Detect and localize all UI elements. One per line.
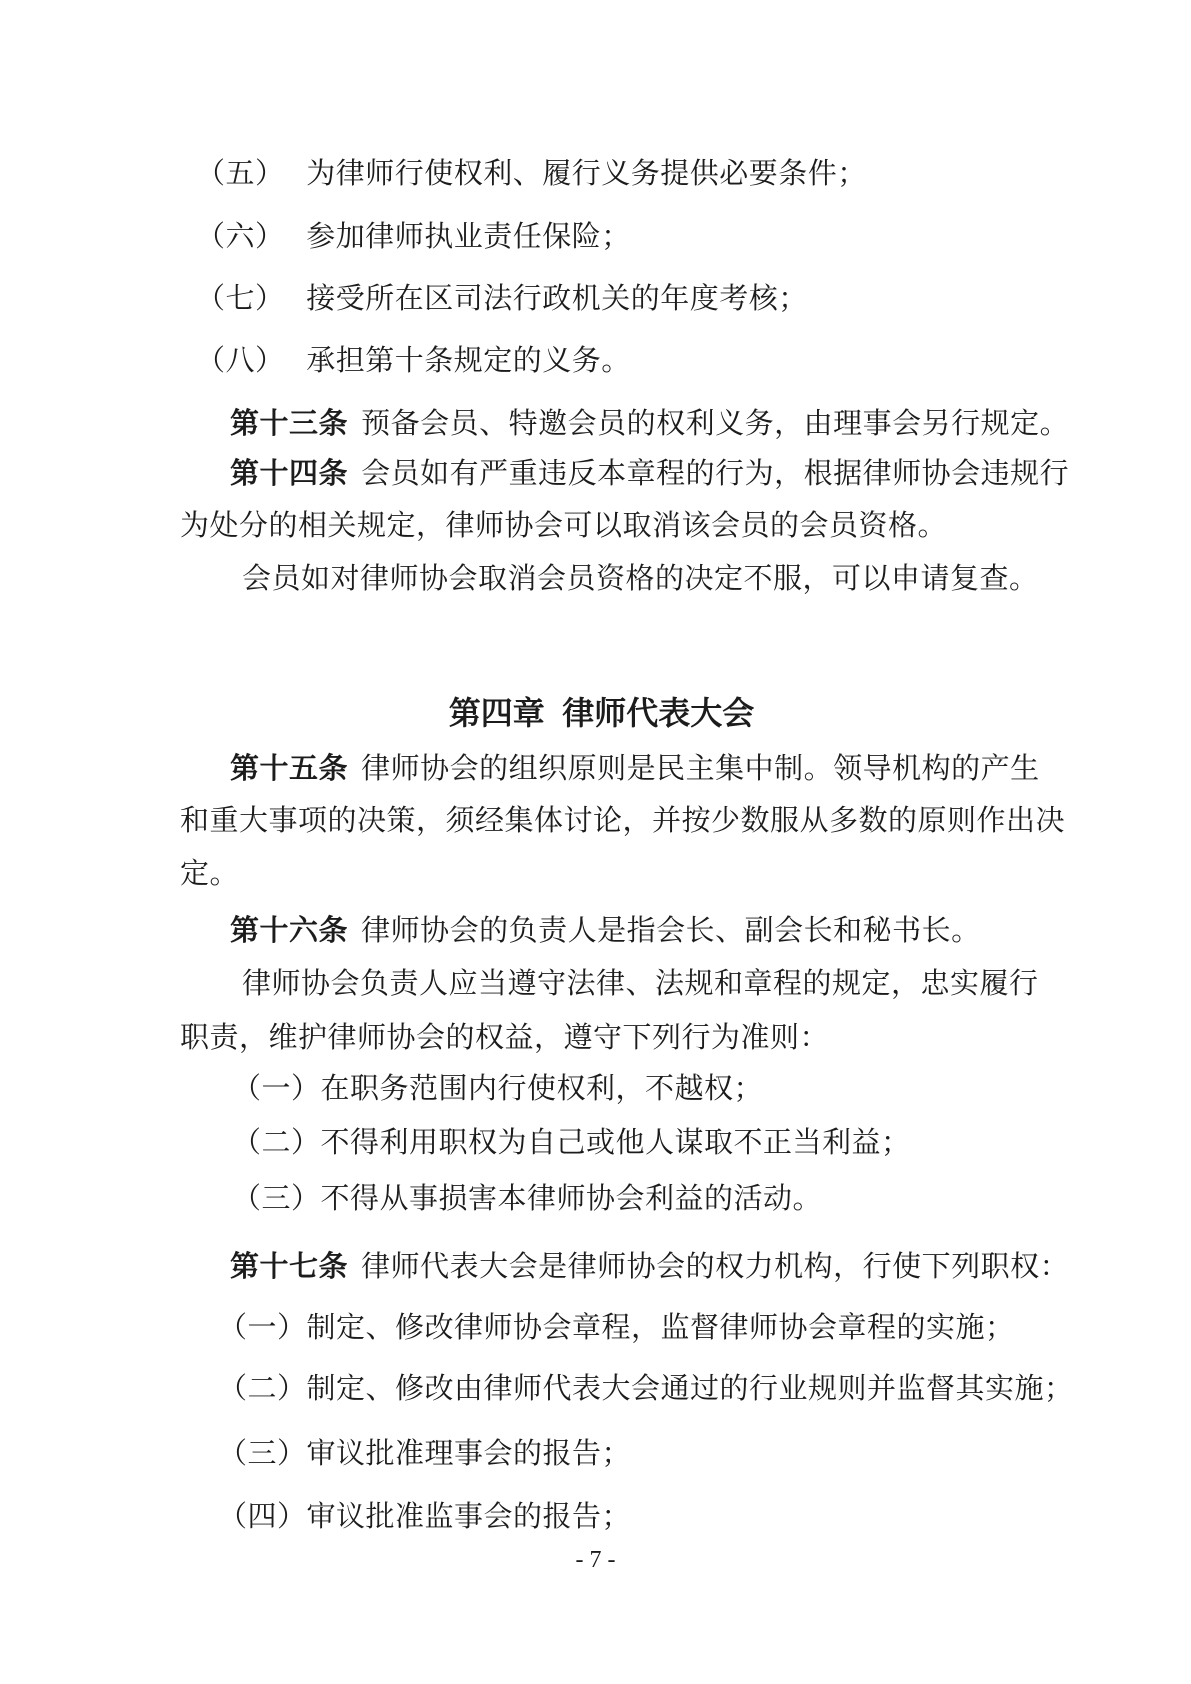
conduct-rule-2: （二）不得利用职权为自己或他人谋取不正当利益； xyxy=(180,1126,1023,1161)
article-text: 律师协会的负责人是指会长、副会长和秘书长。 xyxy=(361,915,981,947)
list-item-6: （六）参加律师执业责任保险； xyxy=(180,220,1023,255)
article-16: 第十六条律师协会的负责人是指会长、副会长和秘书长。 xyxy=(180,914,1023,949)
article-number: 第十五条 xyxy=(230,753,348,785)
article-text: 会员如有严重违反本章程的行为，根据律师协会违规行 xyxy=(361,458,1069,490)
list-item-8: （八）承担第十条规定的义务。 xyxy=(180,344,1023,379)
article-14: 第十四条会员如有严重违反本章程的行为，根据律师协会违规行 xyxy=(180,457,1023,492)
power-item-1: （一）制定、修改律师协会章程，监督律师协会章程的实施； xyxy=(180,1311,1023,1346)
article-13: 第十三条预备会员、特邀会员的权利义务，由理事会另行规定。 xyxy=(180,407,1023,442)
article-number: 第十七条 xyxy=(230,1251,348,1283)
article-16-paragraph-2: 律师协会负责人应当遵守法律、法规和章程的规定，忠实履行 xyxy=(180,967,1023,1002)
article-text: 律师代表大会是律师协会的权力机构，行使下列职权： xyxy=(361,1251,1069,1283)
list-item-marker: （七） xyxy=(196,283,285,315)
article-text: 律师协会的组织原则是民主集中制。领导机构的产生 xyxy=(361,753,1040,785)
chapter-title: 律师代表大会 xyxy=(562,695,754,731)
conduct-rule-3: （三）不得从事损害本律师协会利益的活动。 xyxy=(180,1182,1023,1217)
list-item-marker: （五） xyxy=(196,158,285,190)
list-item-marker: （六） xyxy=(196,221,285,253)
article-14-continuation: 为处分的相关规定，律师协会可以取消该会员的会员资格。 xyxy=(180,509,1023,544)
list-item-text: 参加律师执业责任保险； xyxy=(306,221,631,253)
list-item-5: （五）为律师行使权利、履行义务提供必要条件； xyxy=(180,157,1023,192)
article-14-paragraph-2: 会员如对律师协会取消会员资格的决定不服，可以申请复查。 xyxy=(180,562,1023,597)
power-item-3: （三）审议批准理事会的报告； xyxy=(180,1437,1023,1472)
list-item-text: 为律师行使权利、履行义务提供必要条件； xyxy=(306,158,867,190)
list-item-7: （七）接受所在区司法行政机关的年度考核； xyxy=(180,282,1023,317)
chapter-number: 第四章 xyxy=(449,695,545,731)
chapter-heading: 第四章律师代表大会 xyxy=(180,694,1023,732)
list-item-text: 接受所在区司法行政机关的年度考核； xyxy=(306,283,808,315)
article-15-continuation-1: 和重大事项的决策，须经集体讨论，并按少数服从多数的原则作出决 xyxy=(180,804,1023,839)
article-17: 第十七条律师代表大会是律师协会的权力机构，行使下列职权： xyxy=(180,1250,1023,1285)
article-16-continuation: 职责，维护律师协会的权益，遵守下列行为准则： xyxy=(180,1021,1023,1056)
article-15: 第十五条律师协会的组织原则是民主集中制。领导机构的产生 xyxy=(180,752,1023,787)
article-15-continuation-2: 定。 xyxy=(180,857,1023,892)
article-text: 预备会员、特邀会员的权利义务，由理事会另行规定。 xyxy=(361,408,1069,440)
conduct-rule-1: （一）在职务范围内行使权利，不越权； xyxy=(180,1072,1023,1107)
article-number: 第十六条 xyxy=(230,915,348,947)
article-number: 第十四条 xyxy=(230,458,348,490)
article-number: 第十三条 xyxy=(230,408,348,440)
power-item-4: （四）审议批准监事会的报告； xyxy=(180,1500,1023,1535)
list-item-marker: （八） xyxy=(196,345,285,377)
page-number: - 7 - xyxy=(0,1546,1191,1575)
document-page: （五）为律师行使权利、履行义务提供必要条件； （六）参加律师执业责任保险； （七… xyxy=(0,0,1191,1684)
list-item-text: 承担第十条规定的义务。 xyxy=(306,345,631,377)
power-item-2: （二）制定、修改由律师代表大会通过的行业规则并监督其实施； xyxy=(180,1372,1023,1407)
